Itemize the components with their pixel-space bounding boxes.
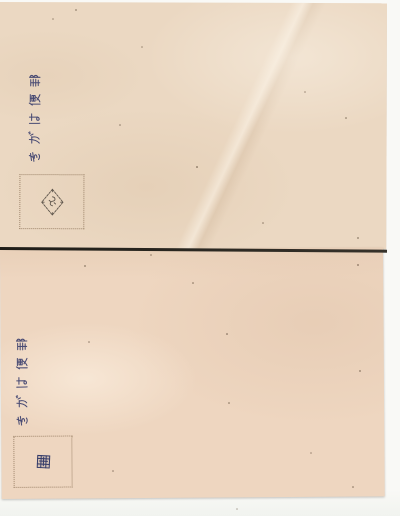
paper-speck [345,117,347,119]
paper-speck [357,237,359,239]
paper-speck [352,486,354,488]
paper-speck [228,402,230,404]
paper-speck [304,91,306,93]
paper-speck [236,508,238,510]
postcard-bottom-heading [13,338,34,430]
paper-speck [357,264,359,266]
paper-speck [84,265,86,267]
paper-speck [262,222,264,224]
stamp-box-bottom [13,435,72,487]
paper-speck [52,18,54,20]
paper-speck [310,452,312,454]
seal-character-emblem [36,454,51,469]
paper-speck [75,9,77,11]
postcard-bottom: 郵便はがき [0,247,385,499]
scanned-postcards-photo: 郵便はがき 郵便はがき [0,0,400,516]
paper-speck [119,124,121,126]
postcard-top-heading-text: 郵便はがき [0,2,1,3]
paper-speck [359,370,361,372]
postcard-bottom-heading-text: 郵便はがき [0,250,1,251]
paper-speck [196,166,198,168]
paper-speck [112,470,114,472]
diamond-crest-emblem [40,188,64,216]
paper-speck [226,333,228,335]
postcard-top-heading [25,74,45,166]
paper-speck [192,282,194,284]
postcard-top: 郵便はがき [0,2,387,249]
paper-speck [150,254,152,256]
paper-speck [88,341,90,343]
paper-speck [141,46,143,48]
stamp-box-top [19,174,84,229]
